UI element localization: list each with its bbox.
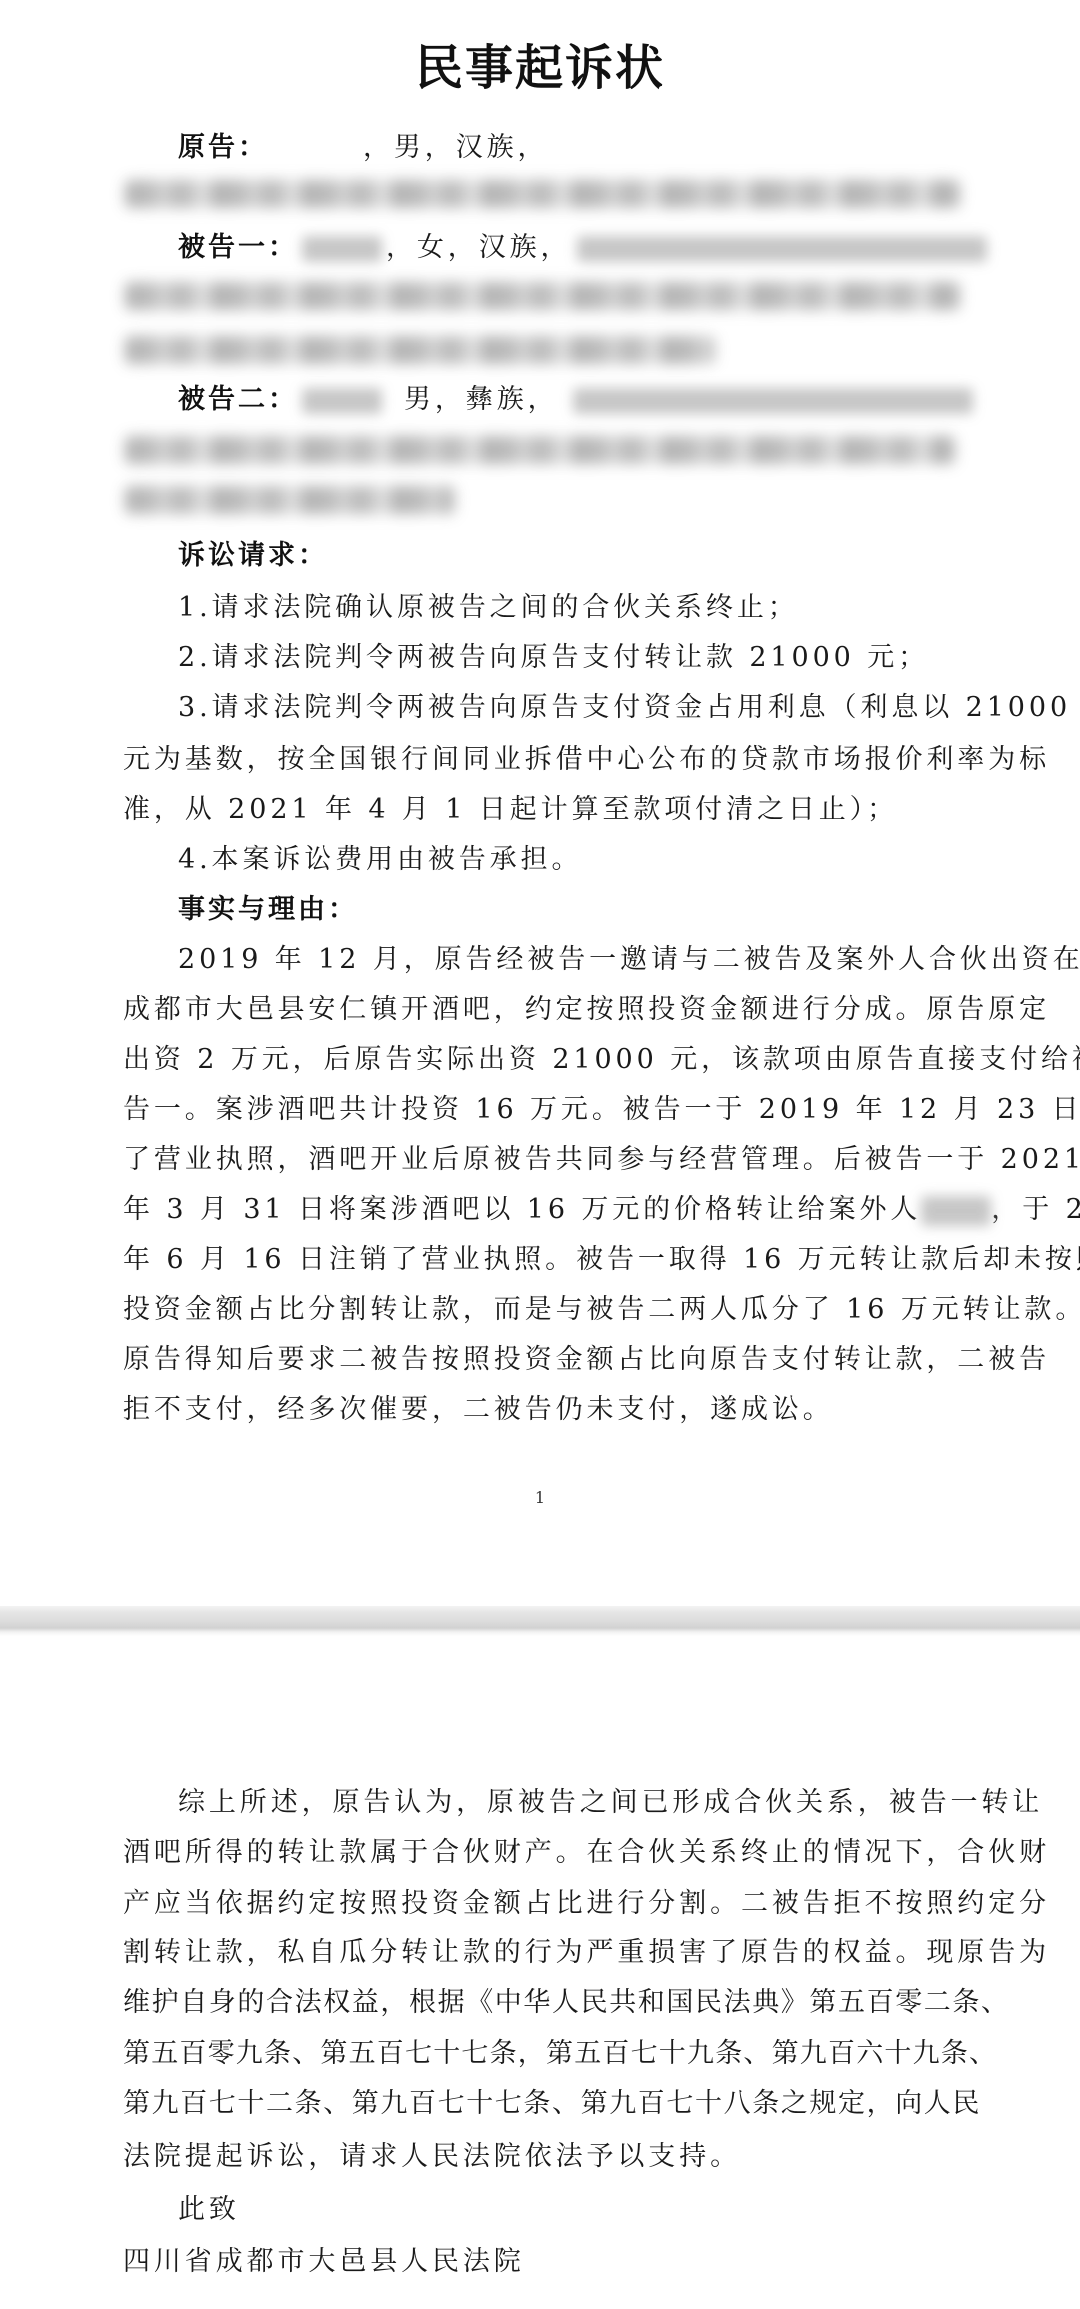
facts-line-6-text: 年 3 月 31 日将案涉酒吧以 16 万元的价格转让给案外人 bbox=[123, 1194, 921, 1225]
defendant-2-details: 男，彝族， bbox=[404, 384, 559, 415]
court-name: 四川省成都市大邑县人民法院 bbox=[123, 2245, 968, 2279]
defendant-1-details: ，女，汉族， bbox=[386, 232, 571, 263]
facts-heading: 事实与理由： bbox=[178, 893, 358, 927]
page-break-divider bbox=[0, 1606, 1080, 1636]
facts-line-6-suffix: ，于 2021 bbox=[991, 1194, 1080, 1225]
document-title: 民事起诉状 bbox=[0, 38, 1080, 98]
plaintiff-details: ，男，汉族， bbox=[363, 132, 548, 163]
facts-line-3: 出资 2 万元，后原告实际出资 21000 元，该款项由原告直接支付给被 bbox=[123, 1043, 968, 1077]
defendant-1-name-redacted bbox=[302, 236, 382, 262]
defendant-1-label: 被告一： bbox=[178, 232, 298, 263]
conclusion-line-5: 维护自身的合法权益，根据《中华人民共和国民法典》第五百零二条、 bbox=[123, 1986, 968, 2020]
claim-item-4: 4.本案诉讼费用由被告承担。 bbox=[178, 843, 1023, 877]
facts-line-4: 告一。案涉酒吧共计投资 16 万元。被告一于 2019 年 12 月 23 日领… bbox=[123, 1093, 968, 1127]
conclusion-line-4: 割转让款，私自瓜分转让款的行为严重损害了原告的权益。现原告为 bbox=[123, 1936, 968, 1970]
defendant-2-info-redacted bbox=[573, 388, 973, 414]
plaintiff-line: 原告：，男，汉族， bbox=[178, 131, 1023, 165]
third-party-name-redacted bbox=[921, 1196, 991, 1226]
conclusion-line-7: 第九百七十二条、第九百七十七条、第九百七十八条之规定，向人民 bbox=[123, 2087, 968, 2121]
defendant-2-name-redacted bbox=[302, 388, 382, 414]
defendant-1-info-redacted bbox=[577, 236, 987, 262]
page-number: 1 bbox=[0, 1488, 1080, 1507]
defendant-2-label: 被告二： bbox=[178, 384, 298, 415]
document-page-2: 综上所述，原告认为，原被告之间已形成合伙关系，被告一转让 酒吧所得的转让款属于合… bbox=[0, 1636, 1080, 2309]
facts-line-5: 了营业执照，酒吧开业后原被告共同参与经营管理。后被告一于 2021 bbox=[123, 1143, 968, 1177]
conclusion-line-6: 第五百零九条、第五百七十七条，第五百七十九条、第九百六十九条、 bbox=[123, 2037, 968, 2071]
plaintiff-address-redacted bbox=[125, 180, 960, 208]
claim-item-3-cont-1: 元为基数，按全国银行间同业拆借中心公布的贷款市场报价利率为标 bbox=[123, 743, 968, 777]
defendant-1-line: 被告一：，女，汉族， bbox=[178, 231, 1023, 265]
facts-line-2: 成都市大邑县安仁镇开酒吧，约定按照投资金额进行分成。原告原定 bbox=[123, 993, 968, 1027]
facts-line-6: 年 3 月 31 日将案涉酒吧以 16 万元的价格转让给案外人，于 2021 bbox=[123, 1193, 968, 1227]
facts-line-1: 2019 年 12 月，原告经被告一邀请与二被告及案外人合伙出资在 bbox=[178, 943, 1023, 977]
defendant-1-address-redacted-2 bbox=[125, 336, 715, 364]
plaintiff-label: 原告： bbox=[178, 132, 268, 163]
claim-item-2: 2.请求法院判令两被告向原告支付转让款 21000 元； bbox=[178, 641, 1023, 675]
conclusion-line-1: 综上所述，原告认为，原被告之间已形成合伙关系，被告一转让 bbox=[178, 1786, 1023, 1820]
claim-item-3-cont-2: 准，从 2021 年 4 月 1 日起计算至款项付清之日止）； bbox=[123, 793, 968, 827]
document-page-1: 民事起诉状 原告：，男，汉族， 被告一：，女，汉族， 被告二：男，彝族， 诉讼请… bbox=[0, 0, 1080, 1606]
closing-salutation: 此致 bbox=[178, 2193, 1023, 2227]
facts-line-8: 投资金额占比分割转让款，而是与被告二两人瓜分了 16 万元转让款。 bbox=[123, 1293, 968, 1327]
defendant-1-address-redacted-1 bbox=[125, 282, 960, 310]
claims-heading: 诉讼请求： bbox=[178, 539, 328, 573]
defendant-2-line: 被告二：男，彝族， bbox=[178, 383, 1023, 417]
claim-item-3: 3.请求法院判令两被告向原告支付资金占用利息（利息以 21000 bbox=[178, 691, 1023, 725]
facts-line-9: 原告得知后要求二被告按照投资金额占比向原告支付转让款，二被告 bbox=[123, 1343, 968, 1377]
defendant-2-address-redacted-2 bbox=[125, 486, 455, 514]
conclusion-line-8: 法院提起诉讼，请求人民法院依法予以支持。 bbox=[123, 2140, 968, 2174]
facts-line-10: 拒不支付，经多次催要，二被告仍未支付，遂成讼。 bbox=[123, 1393, 968, 1427]
facts-line-7: 年 6 月 16 日注销了营业执照。被告一取得 16 万元转让款后却未按照 bbox=[123, 1243, 968, 1277]
conclusion-line-3: 产应当依据约定按照投资金额占比进行分割。二被告拒不按照约定分 bbox=[123, 1887, 968, 1921]
defendant-2-address-redacted-1 bbox=[125, 436, 955, 464]
claim-item-1: 1.请求法院确认原被告之间的合伙关系终止； bbox=[178, 591, 1023, 625]
conclusion-line-2: 酒吧所得的转让款属于合伙财产。在合伙关系终止的情况下，合伙财 bbox=[123, 1836, 968, 1870]
